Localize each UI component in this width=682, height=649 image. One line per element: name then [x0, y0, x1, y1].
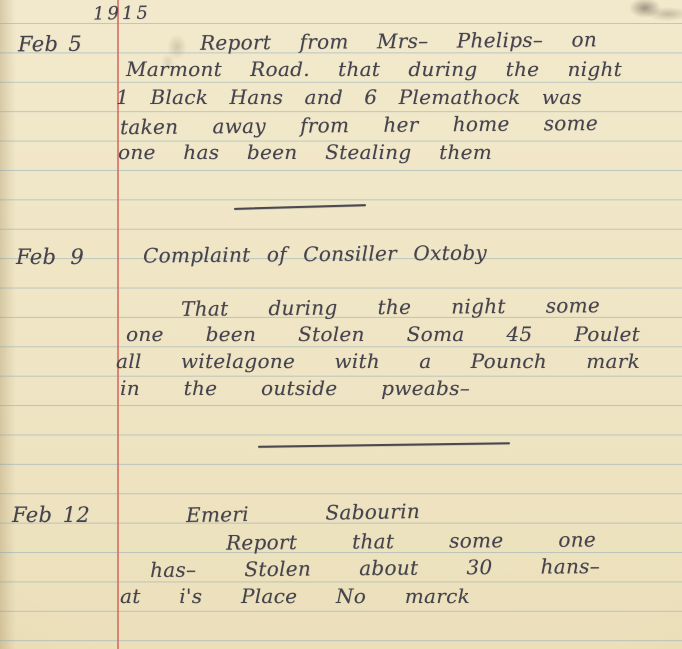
entry-line: in the outside pweabs–	[120, 376, 470, 401]
entry-heading: Emeri Sabourin	[186, 499, 420, 528]
entry-line: Report from Mrs– Phelips– on	[200, 27, 597, 55]
entry-line: Marmont Road. that during the night	[126, 57, 622, 82]
entry-line: one has been Stealing them	[118, 140, 492, 165]
year-label: 1915	[93, 0, 151, 26]
entry-line: taken away from her home some	[120, 111, 598, 140]
entry-date-feb9: Feb 9	[16, 245, 84, 270]
entry-date-feb12: Feb 12	[12, 503, 90, 528]
entry-line: all witelagone with a Pounch mark	[116, 349, 640, 374]
entry-date-feb5: Feb 5	[18, 32, 82, 58]
entry-line: That during the night some	[181, 293, 600, 322]
entry-line: Report that some one	[226, 527, 596, 555]
entry-line: one been Stolen Soma 45 Poulet	[126, 322, 640, 347]
entry-line: has– Stolen about 30 hans–	[150, 554, 600, 583]
ledger-page: 1915 Feb 5 Report from Mrs– Phelips– on …	[0, 0, 682, 649]
entry-heading: Complaint of Consiller Oxtoby	[143, 240, 487, 268]
entry-line: at i's Place No marck	[120, 584, 470, 609]
entry-line: 1 Black Hans and 6 Plemathock was	[116, 85, 582, 110]
